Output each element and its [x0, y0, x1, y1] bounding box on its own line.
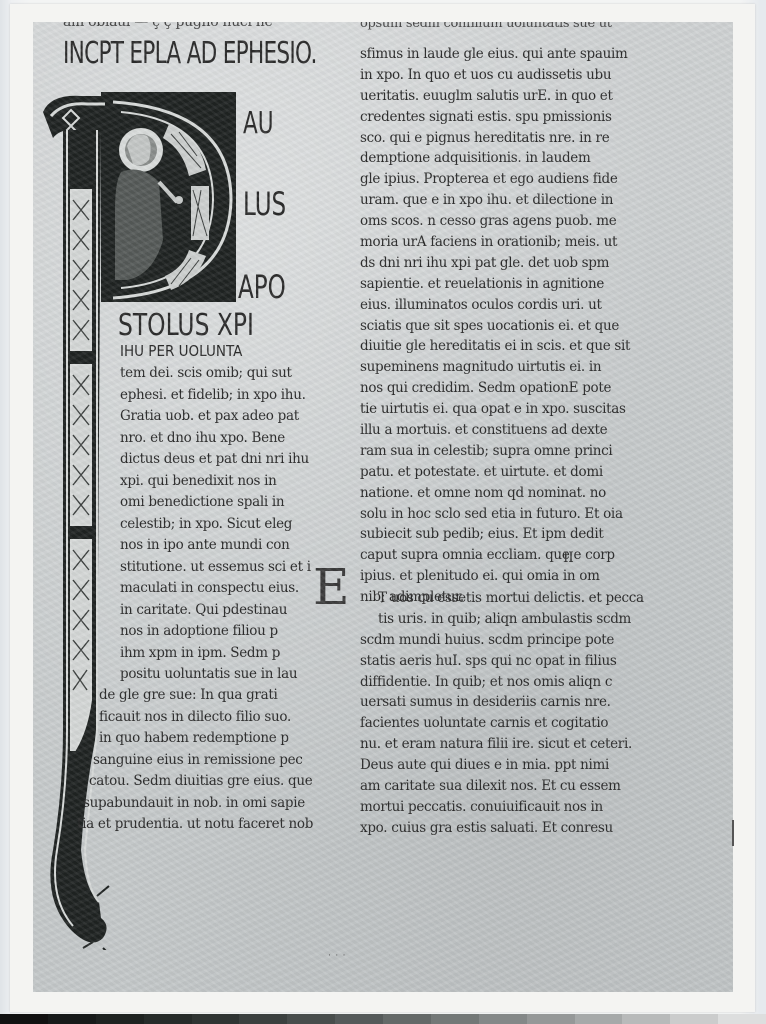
- caps-ihu-per-uoluntatem: IHU PER UOLUNTA: [120, 342, 242, 360]
- text-line: sapientie. et reuelationis in agnitione: [360, 274, 630, 295]
- text-line: subiecit sub pedib; eius. Et ipm dedit: [360, 524, 630, 545]
- text-line: caput supra omnia eccliam. que e corp: [360, 545, 630, 566]
- caps-au: AU: [243, 106, 274, 141]
- text-line: ueritatis. euuglm salutis urE. in quo et: [360, 86, 630, 107]
- photo-mount: am oblaui — ç ç pugno nuci ne opsum sedm…: [0, 0, 766, 1024]
- text-line: natione. et omne nom qd nominat. no: [360, 483, 630, 504]
- text-line: facientes uoluntate carnis et cogitatio: [360, 713, 644, 734]
- gray-step: [0, 1014, 48, 1024]
- text-line: nos qui credidim. Sedm opationE pote: [360, 378, 630, 399]
- text-line: stitutione. ut essemus sci et i: [120, 557, 311, 579]
- caps-stolus-xpi: STOLUS XPI: [118, 308, 254, 343]
- text-line: ds dni nri ihu xpi pat gle. det uob spm: [360, 253, 630, 274]
- gray-step: [431, 1014, 479, 1024]
- gray-step: [479, 1014, 527, 1024]
- text-line: am caritate sua dilexit nos. Et cu essem: [360, 776, 644, 797]
- text-line: supabundauit in nob. in omi sapie: [83, 793, 313, 815]
- left-column-text: tem dei. scis omib; qui sut ephesi. et f…: [120, 363, 311, 686]
- text-line: dictus deus et pat dni nri ihu: [120, 449, 311, 471]
- text-line: celestib; in xpo. Sicut eleg: [120, 514, 311, 536]
- text-line: xpo. cuius gra estis saluati. Et conresu: [360, 818, 644, 839]
- right-column-text: sfimus in laude gle eius. qui ante spaui…: [360, 44, 630, 608]
- footer-mark: · · ·: [328, 950, 347, 960]
- gray-step: [527, 1014, 575, 1024]
- text-line: credentes signati estis. spu pmissionis: [360, 107, 630, 128]
- text-line: maculati in conspectu eius.: [120, 578, 311, 600]
- text-line: tem dei. scis omib; qui sut: [120, 363, 311, 385]
- text-line: moria urA faciens in orationib; meis. ut: [360, 232, 630, 253]
- text-line: ram sua in celestib; supra omne princi: [360, 441, 630, 462]
- text-line: diffidentie. In quib; et nos omis aliqn …: [360, 672, 644, 693]
- text-line: nos in ipo ante mundi con: [120, 535, 311, 557]
- text-line: de gle gre sue: In qua grati: [99, 685, 313, 707]
- text-line: Gratia uob. et pax adeo pat: [120, 406, 311, 428]
- text-line: catou. Sedm diuitias gre eius. que: [89, 771, 313, 793]
- text-line: patu. et potestate. et uirtute. et domi: [360, 462, 630, 483]
- gray-step: [96, 1014, 144, 1024]
- caps-lus: LUS: [243, 185, 286, 223]
- gray-step: [335, 1014, 383, 1024]
- text-line: in xpo. In quo et uos cu audissetis ubu: [360, 65, 630, 86]
- gray-step: [192, 1014, 240, 1024]
- chapter-number: II: [563, 550, 573, 566]
- text-line: sfimus in laude gle eius. qui ante spaui…: [360, 44, 630, 65]
- text-line: nro. et dno ihu xpo. Bene: [120, 428, 311, 450]
- edge-mark: [732, 820, 734, 846]
- incipit-heading: INCPT EPLA AD EPHESIO.: [63, 36, 317, 71]
- text-line: sanguine eius in remissione pec: [93, 750, 313, 772]
- gray-step: [575, 1014, 623, 1024]
- text-line: gle ipius. Propterea et ego audiens fide: [360, 169, 630, 190]
- text-line: Deus aute qui diues e in mia. ppt nimi: [360, 755, 644, 776]
- text-line: tis uris. in quib; aliqn ambulastis scdm: [360, 609, 644, 630]
- text-line: tia et prudentia. ut notu faceret nob: [77, 814, 313, 836]
- text-line: xpi. qui benedixit nos in: [120, 471, 311, 493]
- gray-step: [144, 1014, 192, 1024]
- text-line: nos in adoptione filiou p: [120, 621, 311, 643]
- text-line: demptione adquisitionis. in laudem: [360, 148, 630, 169]
- text-line: tie uirtutis ei. qua opat e in xpo. susc…: [360, 399, 630, 420]
- text-line: ephesi. et fidelib; in xpo ihu.: [120, 385, 311, 407]
- gray-step: [670, 1014, 718, 1024]
- calibration-gray-strip: [0, 1014, 766, 1024]
- initial-e: E: [313, 558, 350, 616]
- gray-step: [287, 1014, 335, 1024]
- text-line: T uos cu essetis mortui delictis. et pec…: [360, 588, 644, 609]
- text-line: illu a mortuis. et constituens ad dexte: [360, 420, 630, 441]
- gray-step: [383, 1014, 431, 1024]
- text-line: solu in hoc sclo sed etia in futuro. Et …: [360, 504, 630, 525]
- text-line: in quo habem redemptione p: [99, 728, 313, 750]
- gray-step: [239, 1014, 287, 1024]
- text-line: scdm mundi huius. scdm principe pote: [360, 630, 644, 651]
- top-fragment-left: am oblaui — ç ç pugno nuci ne: [63, 22, 273, 30]
- text-line: diuitie gle hereditatis ei in scis. et q…: [360, 336, 630, 357]
- left-column-lower-text: de gle gre sue: In qua grati ficauit nos…: [99, 685, 313, 836]
- text-line: uersati sumus in desideriis carnis nre.: [360, 692, 644, 713]
- text-line: omi benedictione spali in: [120, 492, 311, 514]
- text-line: supeminens magnitudo uirtutis ei. in: [360, 357, 630, 378]
- text-line: nu. et eram natura filii ire. sicut et c…: [360, 734, 644, 755]
- text-line: statis aeris huI. sps qui nc opat in fil…: [360, 651, 644, 672]
- gray-step: [622, 1014, 670, 1024]
- text-line: uram. que e in xpo ihu. et dilectione in: [360, 190, 630, 211]
- text-line: sco. qui e pignus hereditatis nre. in re: [360, 128, 630, 149]
- text-line: sciatis que sit spes uocationis ei. et q…: [360, 316, 630, 337]
- text-line: positu uoluntatis sue in lau: [120, 664, 311, 686]
- text-line: eius. illuminatos oculos cordis uri. ut: [360, 295, 630, 316]
- gray-step: [718, 1014, 766, 1024]
- text-line: mortui peccatis. conuiuificauit nos in: [360, 797, 644, 818]
- gray-step: [48, 1014, 96, 1024]
- caps-apo: APO: [238, 268, 286, 306]
- manuscript-page: am oblaui — ç ç pugno nuci ne opsum sedm…: [33, 22, 733, 992]
- right-column-lower-text: T uos cu essetis mortui delictis. et pec…: [360, 588, 644, 839]
- text-line: ihm xpm in ipm. Sedm p: [120, 643, 311, 665]
- text-line: ipius. et plenitudo ei. qui omia in om: [360, 566, 630, 587]
- text-line: oms scos. n cesso gras agens puob. me: [360, 211, 630, 232]
- top-fragment-right: opsum sedm confilium uoluntatis sue ut: [360, 22, 612, 31]
- text-line: ficauit nos in dilecto filio suo.: [99, 707, 313, 729]
- text-line: in caritate. Qui pdestinau: [120, 600, 311, 622]
